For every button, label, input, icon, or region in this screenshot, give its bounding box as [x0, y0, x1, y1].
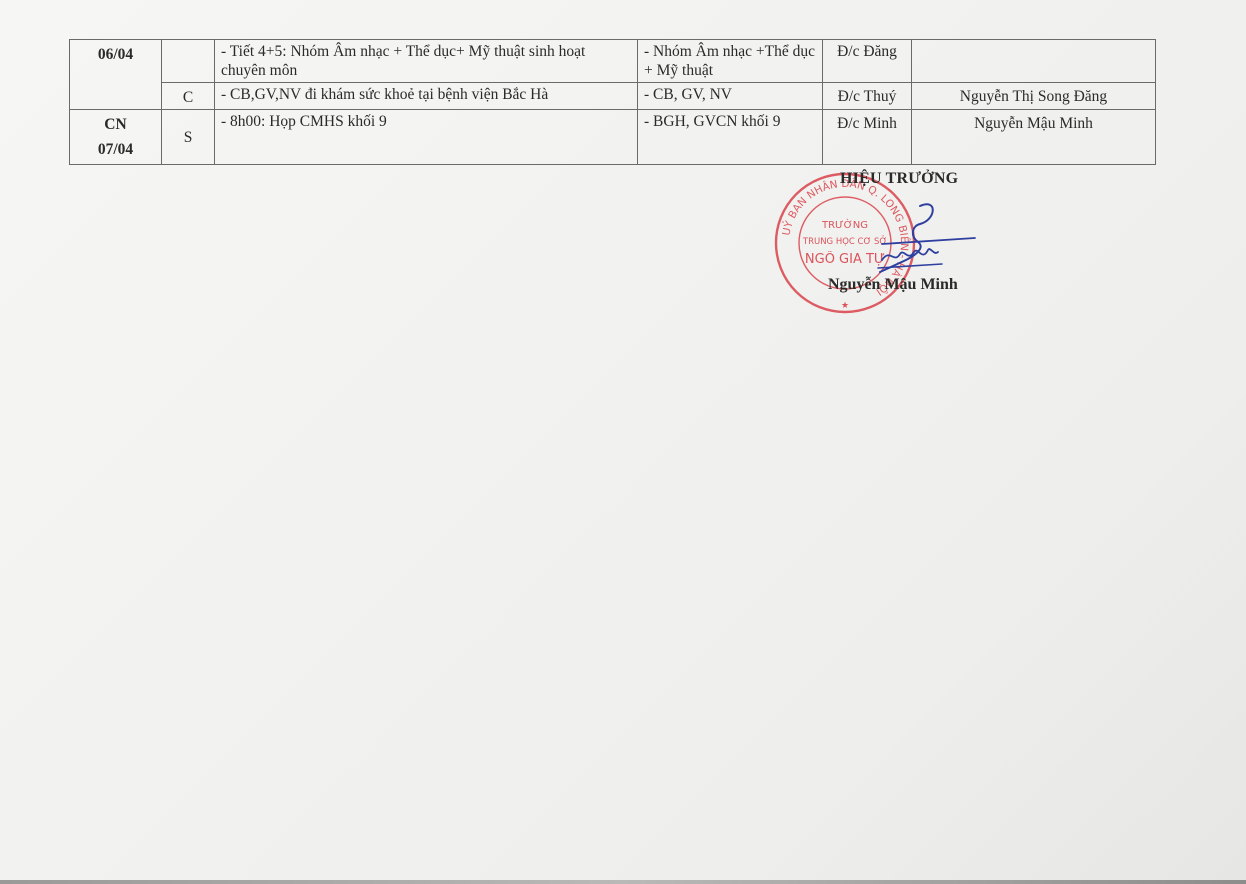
table-row: CN 07/04 S - 8h00: Họp CMHS khối 9 - BGH…	[70, 110, 1156, 165]
day-label: CN	[76, 112, 155, 137]
duty-cell: Nguyễn Mậu Minh	[912, 110, 1156, 165]
content-cell: - 8h00: Họp CMHS khối 9	[215, 110, 638, 165]
content-cell: - CB,GV,NV đi khám sức khoẻ tại bệnh việ…	[215, 83, 638, 110]
page-edge	[0, 880, 1246, 884]
table-row: 06/04 - Tiết 4+5: Nhóm Âm nhạc + Thể dục…	[70, 40, 1156, 83]
day-cell: CN 07/04	[70, 110, 162, 165]
table-row: C - CB,GV,NV đi khám sức khoẻ tại bệnh v…	[70, 83, 1156, 110]
date-label: 07/04	[76, 137, 155, 162]
day-label: 06/04	[76, 42, 155, 67]
lead-cell: Đ/c Thuý	[823, 83, 912, 110]
content-cell: - Tiết 4+5: Nhóm Âm nhạc + Thể dục+ Mỹ t…	[215, 40, 638, 83]
participants-cell: - CB, GV, NV	[638, 83, 823, 110]
session-cell: S	[162, 110, 215, 165]
duty-cell	[912, 40, 1156, 83]
lead-cell: Đ/c Minh	[823, 110, 912, 165]
participants-cell: - BGH, GVCN khối 9	[638, 110, 823, 165]
session-cell: C	[162, 83, 215, 110]
duty-cell: Nguyễn Thị Song Đăng	[912, 83, 1156, 110]
participants-cell: - Nhóm Âm nhạc +Thể dục + Mỹ thuật	[638, 40, 823, 83]
day-cell: 06/04	[70, 40, 162, 110]
handwritten-signature-icon	[770, 168, 1000, 318]
session-cell	[162, 40, 215, 83]
schedule-table: 06/04 - Tiết 4+5: Nhóm Âm nhạc + Thể dục…	[69, 39, 1156, 165]
lead-cell: Đ/c Đăng	[823, 40, 912, 83]
principal-name: Nguyễn Mậu Minh	[828, 276, 958, 294]
signature-block: UỶ BAN NHÂN DÂN Q. LONG BIÊN - HÀ NỘI TR…	[770, 168, 1000, 318]
